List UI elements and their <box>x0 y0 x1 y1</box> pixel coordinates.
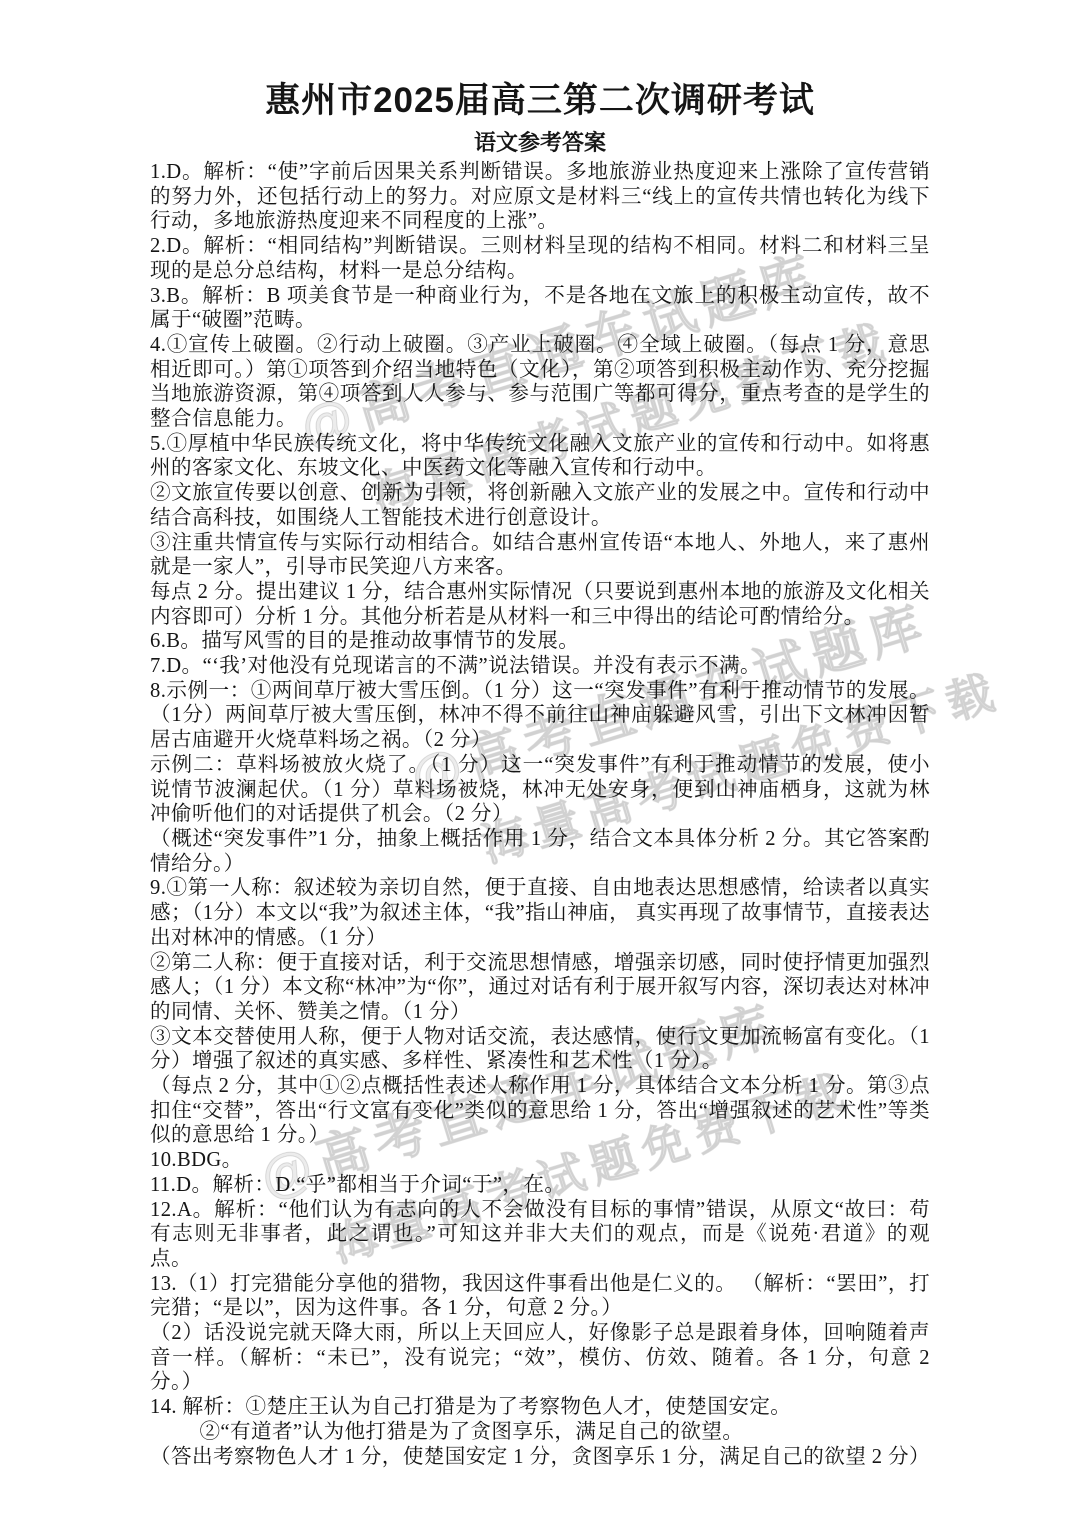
answer-paragraph: 8.示例一：①两间草厅被大雪压倒。（1 分）这一“突发事件”有利于推动情节的发展… <box>150 679 930 753</box>
answer-paragraph: ②第二人称：便于直接对话，利于交流思想情感，增强亲切感，同时使抒情更加强烈感人；… <box>150 951 930 1025</box>
answer-paragraph: 4.①宣传上破圈。②行动上破圈。③产业上破圈。④全域上破圈。（每点 1 分，意思… <box>150 333 930 432</box>
answer-paragraph: 9.①第一人称：叙述较为亲切自然，便于直接、自由地表达思想感情，给读者以真实感；… <box>150 876 930 950</box>
answer-paragraph: （每点 2 分，其中①②点概括性表述人称作用 1 分，具体结合文本分析 1 分。… <box>150 1074 930 1148</box>
page-subtitle: 语文参考答案 <box>150 131 930 155</box>
answer-paragraph: （2）话没说完就天降大雨，所以上天回应人，好像影子总是跟着身体，回响随着声音一样… <box>150 1321 930 1395</box>
answer-paragraph: 7.D。“‘我’对他没有兑现诺言的不满”说法错误。并没有表示不满。 <box>150 654 930 679</box>
answer-paragraph: 5.①厚植中华民族传统文化，将中华传统文化融入文旅产业的宣传和行动中。如将惠州的… <box>150 432 930 481</box>
answer-paragraph: ②“有道者”认为他打猎是为了贪图享乐，满足自己的欲望。 <box>150 1420 930 1445</box>
answer-sheet: 惠州市2025届高三第二次调研考试 语文参考答案 1.D。解析：“使”字前后因果… <box>150 82 930 1469</box>
answer-paragraph: 3.B。解析：B 项美食节是一种商业行为，不是各地在文旅上的积极主动宣传，故不属… <box>150 284 930 333</box>
document-page: { "page": { "title": "惠州市2025届高三第二次调研考试"… <box>0 0 1080 1528</box>
answer-paragraph: 示例二：草料场被放火烧了。（1 分）这一“突发事件”有利于推动情节的发展，使小说… <box>150 753 930 827</box>
answer-paragraph: 11.D。解析：D.“乎”都相当于介词“于”，在。 <box>150 1173 930 1198</box>
answer-paragraph: 14. 解析：①楚庄王认为自己打猎是为了考察物色人才，使楚国安定。 <box>150 1395 930 1420</box>
answer-paragraph: 每点 2 分。提出建议 1 分，结合惠州实际情况（只要说到惠州本地的旅游及文化相… <box>150 580 930 629</box>
answer-paragraph: 10.BDG。 <box>150 1148 930 1173</box>
answer-paragraph: ③文本交替使用人称，便于人物对话交流，表达感情，使行文更加流畅富有变化。（1 分… <box>150 1025 930 1074</box>
answer-paragraph: 12.A。解析：“他们认为有志向的人不会做没有目标的事情”错误，从原文“故曰：苟… <box>150 1198 930 1272</box>
answer-paragraph: ②文旅宣传要以创意、创新为引领，将创新融入文旅产业的发展之中。宣传和行动中结合高… <box>150 481 930 530</box>
answer-paragraph: （概述“突发事件”1 分，抽象上概括作用 1 分，结合文本具体分析 2 分。其它… <box>150 827 930 876</box>
answer-paragraph: 6.B。描写风雪的目的是推动故事情节的发展。 <box>150 629 930 654</box>
answer-paragraph: ③注重共情宣传与实际行动相结合。如结合惠州宣传语“本地人、外地人，来了惠州就是一… <box>150 531 930 580</box>
answer-paragraph: 13.（1）打完猎能分享他的猎物，我因这件事看出他是仁义的。 （解析：“罢田”，… <box>150 1272 930 1321</box>
answer-paragraph: 2.D。解析：“相同结构”判断错误。三则材料呈现的结构不相同。材料二和材料三呈现… <box>150 234 930 283</box>
answer-list: 1.D。解析：“使”字前后因果关系判断错误。多地旅游业热度迎来上涨除了宣传营销的… <box>150 160 930 1469</box>
answer-paragraph: 1.D。解析：“使”字前后因果关系判断错误。多地旅游业热度迎来上涨除了宣传营销的… <box>150 160 930 234</box>
answer-paragraph: （答出考察物色人才 1 分，使楚国安定 1 分，贪图享乐 1 分，满足自己的欲望… <box>150 1445 930 1470</box>
page-title: 惠州市2025届高三第二次调研考试 <box>150 82 930 120</box>
